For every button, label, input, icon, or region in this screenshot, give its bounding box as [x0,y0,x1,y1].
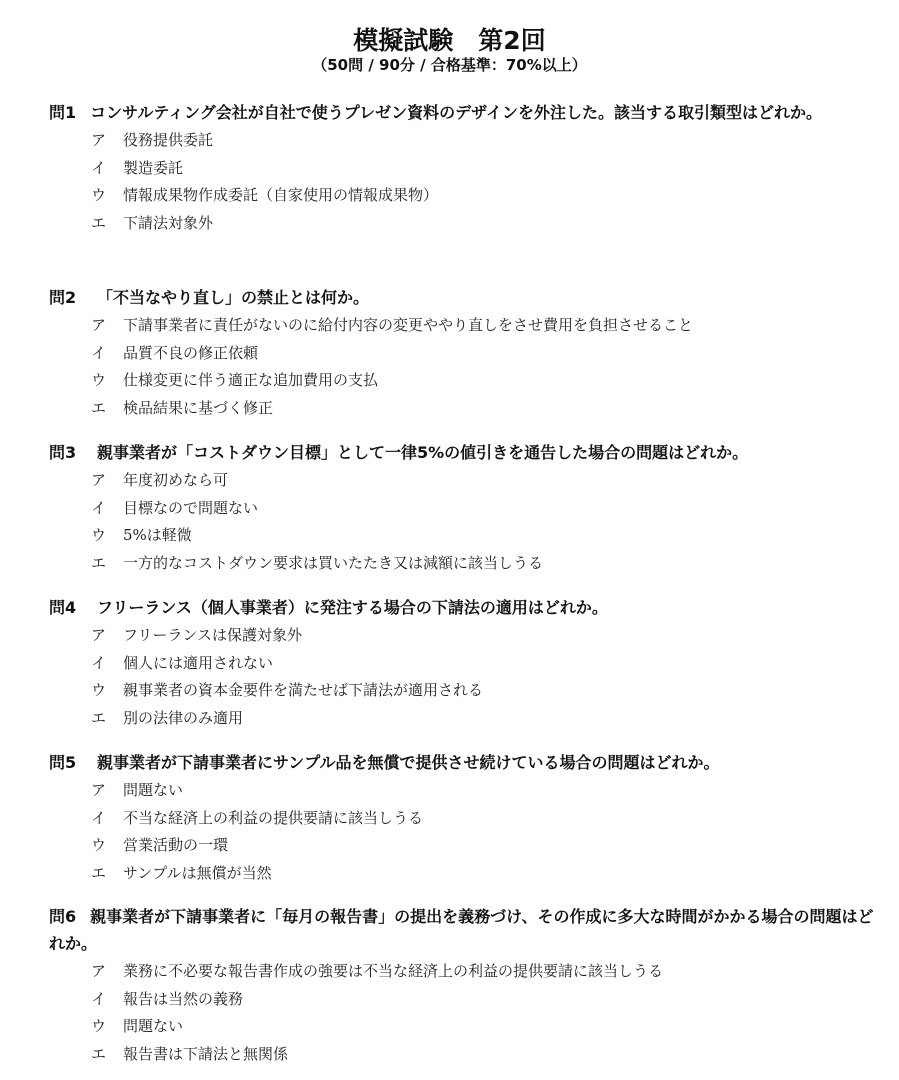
option-text: 個人には適用されない [123,650,879,678]
option-i[interactable]: イ品質不良の修正依頼 [91,340,879,368]
question-text: フリーランス（個人事業者）に発注する場合の下請法の適用はどれか。 [97,594,879,621]
option-label: イ [91,805,123,833]
option-text: サンプルは無償が当然 [123,860,879,888]
question-stem: 問3親事業者が「コストダウン目標」として一律5%の値引きを通告した場合の問題はど… [49,439,879,466]
question-stem: 問6親事業者が下請事業者に「毎月の報告書」の提出を義務づけ、その作成に多大な時間… [49,903,879,957]
option-label: エ [91,395,123,423]
exam-page: 模擬試験 第2回 （50問 / 90分 / 合格基準：70%以上） 問1コンサル… [0,0,899,1080]
option-label: ア [91,312,123,340]
option-text: 情報成果物作成委託（自家使用の情報成果物） [123,182,879,210]
option-label: イ [91,650,123,678]
question-number: 問2 [49,284,97,311]
option-text: 報告書は下請法と無関係 [123,1041,879,1069]
option-text: フリーランスは保護対象外 [123,622,879,650]
question-2: 問2「不当なやり直し」の禁止とは何か。 ア下請事業者に責任がないのに給付内容の変… [49,284,879,422]
option-list: ア役務提供委託 イ製造委託 ウ情報成果物作成委託（自家使用の情報成果物） エ下請… [91,127,879,237]
option-label: ア [91,622,123,650]
option-u[interactable]: ウ問題ない [91,1013,879,1041]
question-text: 親事業者が下請事業者にサンプル品を無償で提供させ続けている場合の問題はどれか。 [97,749,879,776]
option-i[interactable]: イ不当な経済上の利益の提供要請に該当しうる [91,805,879,833]
option-label: エ [91,210,123,238]
option-e[interactable]: エ検品結果に基づく修正 [91,395,879,423]
option-a[interactable]: ア下請事業者に責任がないのに給付内容の変更ややり直しをさせ費用を負担させること [91,312,879,340]
question-number: 問4 [49,594,97,621]
option-i[interactable]: イ報告は当然の義務 [91,986,879,1014]
option-a[interactable]: ア役務提供委託 [91,127,879,155]
option-label: エ [91,860,123,888]
option-label: イ [91,986,123,1014]
option-e[interactable]: エ報告書は下請法と無関係 [91,1041,879,1069]
exam-subtitle: （50問 / 90分 / 合格基準：70%以上） [0,56,899,74]
option-label: イ [91,155,123,183]
question-5: 問5親事業者が下請事業者にサンプル品を無償で提供させ続けている場合の問題はどれか… [49,749,879,887]
option-a[interactable]: アフリーランスは保護対象外 [91,622,879,650]
question-4: 問4フリーランス（個人事業者）に発注する場合の下請法の適用はどれか。 アフリーラ… [49,594,879,732]
option-label: ア [91,777,123,805]
question-stem: 問2「不当なやり直し」の禁止とは何か。 [49,284,879,311]
option-text: 品質不良の修正依頼 [123,340,879,368]
option-i[interactable]: イ製造委託 [91,155,879,183]
question-text: 親事業者が「コストダウン目標」として一律5%の値引きを通告した場合の問題はどれか… [97,439,879,466]
option-list: ア年度初めなら可 イ目標なので問題ない ウ5%は軽微 エ一方的なコストダウン要求… [91,467,879,577]
option-list: ア業務に不必要な報告書作成の強要は不当な経済上の利益の提供要請に該当しうる イ報… [91,958,879,1068]
option-list: アフリーランスは保護対象外 イ個人には適用されない ウ親事業者の資本金要件を満た… [91,622,879,732]
option-label: ウ [91,832,123,860]
option-label: ア [91,127,123,155]
option-label: イ [91,340,123,368]
option-text: 別の法律のみ適用 [123,705,879,733]
option-e[interactable]: エ一方的なコストダウン要求は買いたたき又は減額に該当しうる [91,550,879,578]
exam-title: 模擬試験 第2回 [0,26,899,56]
option-label: エ [91,550,123,578]
option-label: エ [91,1041,123,1069]
question-stem: 問1コンサルティング会社が自社で使うプレゼン資料のデザインを外注した。該当する取… [49,99,879,126]
option-text: 不当な経済上の利益の提供要請に該当しうる [123,805,879,833]
option-text: 下請法対象外 [123,210,879,238]
option-text: 検品結果に基づく修正 [123,395,879,423]
option-text: 仕様変更に伴う適正な追加費用の支払 [123,367,879,395]
option-label: ウ [91,182,123,210]
option-a[interactable]: ア問題ない [91,777,879,805]
option-label: ウ [91,677,123,705]
option-text: 年度初めなら可 [123,467,879,495]
question-3: 問3親事業者が「コストダウン目標」として一律5%の値引きを通告した場合の問題はど… [49,439,879,577]
option-label: ウ [91,367,123,395]
option-text: 業務に不必要な報告書作成の強要は不当な経済上の利益の提供要請に該当しうる [123,958,879,986]
option-text: 営業活動の一環 [123,832,879,860]
option-text: 問題ない [123,777,879,805]
question-text: コンサルティング会社が自社で使うプレゼン資料のデザインを外注した。該当する取引類… [90,103,822,122]
option-text: 目標なので問題ない [123,495,879,523]
option-text: 役務提供委託 [123,127,879,155]
option-label: ア [91,958,123,986]
option-text: 製造委託 [123,155,879,183]
option-text: 5%は軽微 [123,522,879,550]
option-text: 問題ない [123,1013,879,1041]
option-a[interactable]: ア年度初めなら可 [91,467,879,495]
question-text: 親事業者が下請事業者に「毎月の報告書」の提出を義務づけ、その作成に多大な時間がか… [49,907,874,953]
option-e[interactable]: エサンプルは無償が当然 [91,860,879,888]
option-e[interactable]: エ下請法対象外 [91,210,879,238]
option-label: エ [91,705,123,733]
question-stem: 問5親事業者が下請事業者にサンプル品を無償で提供させ続けている場合の問題はどれか… [49,749,879,776]
option-label: ウ [91,1013,123,1041]
option-u[interactable]: ウ親事業者の資本金要件を満たせば下請法が適用される [91,677,879,705]
option-text: 親事業者の資本金要件を満たせば下請法が適用される [123,677,879,705]
option-a[interactable]: ア業務に不必要な報告書作成の強要は不当な経済上の利益の提供要請に該当しうる [91,958,879,986]
option-list: ア下請事業者に責任がないのに給付内容の変更ややり直しをさせ費用を負担させること … [91,312,879,422]
question-number: 問1 [49,103,76,122]
option-label: ア [91,467,123,495]
option-u[interactable]: ウ5%は軽微 [91,522,879,550]
question-1: 問1コンサルティング会社が自社で使うプレゼン資料のデザインを外注した。該当する取… [49,99,879,237]
exam-header: 模擬試験 第2回 （50問 / 90分 / 合格基準：70%以上） [0,26,899,74]
option-i[interactable]: イ個人には適用されない [91,650,879,678]
question-6: 問6親事業者が下請事業者に「毎月の報告書」の提出を義務づけ、その作成に多大な時間… [49,903,879,1068]
option-u[interactable]: ウ営業活動の一環 [91,832,879,860]
option-text: 下請事業者に責任がないのに給付内容の変更ややり直しをさせ費用を負担させること [123,312,879,340]
option-list: ア問題ない イ不当な経済上の利益の提供要請に該当しうる ウ営業活動の一環 エサン… [91,777,879,887]
question-number: 問5 [49,749,97,776]
option-u[interactable]: ウ仕様変更に伴う適正な追加費用の支払 [91,367,879,395]
question-number: 問6 [49,907,76,926]
option-label: イ [91,495,123,523]
option-i[interactable]: イ目標なので問題ない [91,495,879,523]
option-text: 一方的なコストダウン要求は買いたたき又は減額に該当しうる [123,550,879,578]
option-label: ウ [91,522,123,550]
question-stem: 問4フリーランス（個人事業者）に発注する場合の下請法の適用はどれか。 [49,594,879,621]
question-text: 「不当なやり直し」の禁止とは何か。 [97,284,879,311]
option-u[interactable]: ウ情報成果物作成委託（自家使用の情報成果物） [91,182,879,210]
option-e[interactable]: エ別の法律のみ適用 [91,705,879,733]
question-number: 問3 [49,439,97,466]
option-text: 報告は当然の義務 [123,986,879,1014]
